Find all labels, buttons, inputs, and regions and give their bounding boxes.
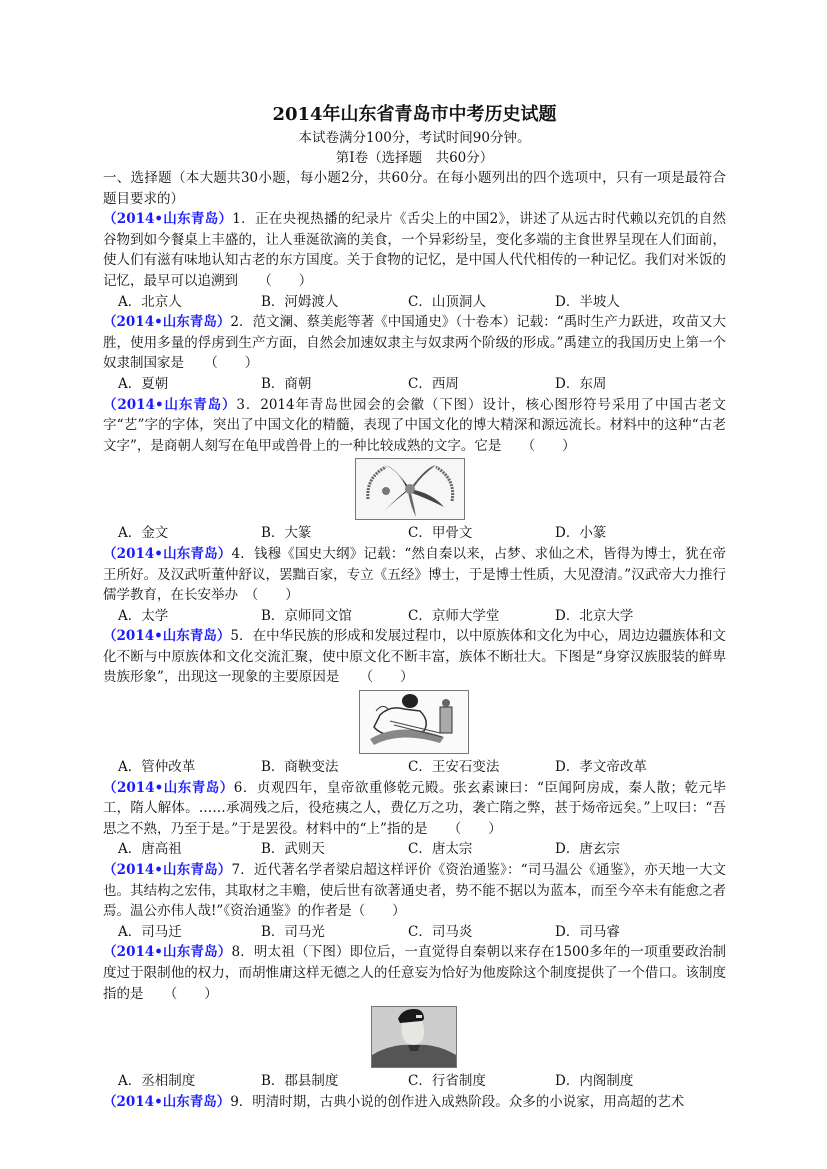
option-c: C．西周 (408, 374, 555, 395)
section-intro: 一、选择题（本大题共30小题，每小题2分，共60分。在每小题列出的四个选项中，只… (103, 168, 726, 209)
option-a: A．北京人 (118, 292, 261, 313)
question-text: 明清时期，古典小说的创作进入成熟阶段。众多的小说家，用高超的艺术 (252, 1094, 684, 1110)
options: A．司马迁 B．司马光 C．司马炎 D．司马睿 (103, 922, 726, 943)
source-tag: （2014•山东青岛） (103, 780, 234, 796)
question-7: （2014•山东青岛）7．近代著名学者梁启超这样评价《资治通鉴》：“司马温公《通… (103, 860, 726, 942)
option-a: A．管仲改革 (118, 757, 261, 778)
options: A．夏朝 B．商朝 C．西周 D．东周 (103, 374, 726, 395)
option-d: D．半坡人 (555, 292, 705, 313)
figure-container (103, 1006, 726, 1068)
xianbei-noble-image (359, 690, 469, 754)
source-tag: （2014•山东青岛） (103, 1094, 230, 1110)
question-3: （2014•山东青岛）3．2014年青岛世园会的会徽（下图）设计，核心图形符号采… (103, 395, 726, 544)
options: A．丞相制度 B．郡县制度 C．行省制度 D．内阁制度 (103, 1071, 726, 1092)
option-c: C．司马炎 (408, 922, 555, 943)
question-number: 2． (230, 314, 252, 330)
exam-info: 本试卷满分100分，考试时间90分钟。 (103, 128, 726, 148)
source-tag: （2014•山东青岛） (103, 944, 231, 960)
option-a: A．夏朝 (118, 374, 261, 395)
option-b: B．河姆渡人 (261, 292, 408, 313)
exam-page: 2014年山东省青岛市中考历史试题 本试卷满分100分，考试时间90分钟。 第Ⅰ… (103, 103, 726, 1112)
source-tag: （2014•山东青岛） (103, 211, 232, 227)
ming-taizu-portrait-image (371, 1006, 457, 1068)
option-b: B．商朝 (261, 374, 408, 395)
page-title: 2014年山东省青岛市中考历史试题 (103, 103, 726, 127)
question-number: 8． (231, 944, 253, 960)
question-number: 6． (234, 780, 257, 796)
question-number: 1． (232, 211, 255, 227)
question-2: （2014•山东青岛）2．范文澜、蔡美彪等著《中国通史》（十卷本）记载：“禹时生… (103, 312, 726, 394)
expo-emblem-image (355, 458, 465, 520)
option-a: A．金文 (118, 523, 261, 544)
option-a: A．丞相制度 (118, 1071, 261, 1092)
source-tag: （2014•山东青岛） (103, 314, 230, 330)
option-d: D．内阁制度 (555, 1071, 705, 1092)
option-c: C．甲骨文 (408, 523, 555, 544)
option-c: C．山顶洞人 (408, 292, 555, 313)
option-d: D．唐玄宗 (555, 839, 705, 860)
option-c: C．王安石变法 (408, 757, 555, 778)
option-b: B．商鞅变法 (261, 757, 408, 778)
option-d: D．东周 (555, 374, 705, 395)
option-d: D．小篆 (555, 523, 705, 544)
option-d: D．司马睿 (555, 922, 705, 943)
option-d: D．北京大学 (555, 606, 705, 627)
option-c: C．行省制度 (408, 1071, 555, 1092)
option-c: C．唐太宗 (408, 839, 555, 860)
options: A．太学 B．京师同文馆 C．京师大学堂 D．北京大学 (103, 606, 726, 627)
question-number: 9． (230, 1094, 252, 1110)
options: A．管仲改革 B．商鞅变法 C．王安石变法 D．孝文帝改革 (103, 757, 726, 778)
option-b: B．司马光 (261, 922, 408, 943)
option-b: B．大篆 (261, 523, 408, 544)
question-number: 7． (231, 862, 253, 878)
question-9: （2014•山东青岛）9．明清时期，古典小说的创作进入成熟阶段。众多的小说家，用… (103, 1092, 726, 1113)
source-tag: （2014•山东青岛） (103, 397, 236, 413)
source-tag: （2014•山东青岛） (103, 628, 230, 644)
question-5: （2014•山东青岛）5．在中华民族的形成和发展过程巾，以中原族体和文化为中心，… (103, 626, 726, 777)
option-b: B．武则天 (261, 839, 408, 860)
figure-container (103, 690, 726, 754)
options: A．北京人 B．河姆渡人 C．山顶洞人 D．半坡人 (103, 292, 726, 313)
option-c: C．京师大学堂 (408, 606, 555, 627)
question-number: 5． (230, 628, 252, 644)
option-b: B．京师同文馆 (261, 606, 408, 627)
question-6: （2014•山东青岛）6．贞观四年，皇帝欲重修乾元殿。张玄素谏曰：“臣闻阿房成，… (103, 778, 726, 860)
options: A．金文 B．大篆 C．甲骨文 D．小篆 (103, 523, 726, 544)
option-d: D．孝文帝改革 (555, 757, 705, 778)
options: A．唐高祖 B．武则天 C．唐太宗 D．唐玄宗 (103, 839, 726, 860)
option-a: A．太学 (118, 606, 261, 627)
option-b: B．郡县制度 (261, 1071, 408, 1092)
option-a: A．唐高祖 (118, 839, 261, 860)
question-number: 3． (236, 397, 260, 413)
question-4: （2014•山东青岛）4．钱穆《国史大纲》记载：“然自秦以来，占梦、求仙之术，皆… (103, 544, 726, 626)
volume-heading: 第Ⅰ卷（选择题 共60分） (103, 148, 726, 168)
source-tag: （2014•山东青岛） (103, 546, 231, 562)
question-1: （2014•山东青岛）1．正在央视热播的纪录片《舌尖上的中国2》，讲述了从远古时… (103, 209, 726, 312)
question-8: （2014•山东青岛）8．明太祖（下图）即位后，一直觉得自秦朝以来存在1500多… (103, 942, 726, 1091)
source-tag: （2014•山东青岛） (103, 862, 231, 878)
figure-container (103, 458, 726, 520)
question-number: 4． (231, 546, 253, 562)
option-a: A．司马迁 (118, 922, 261, 943)
